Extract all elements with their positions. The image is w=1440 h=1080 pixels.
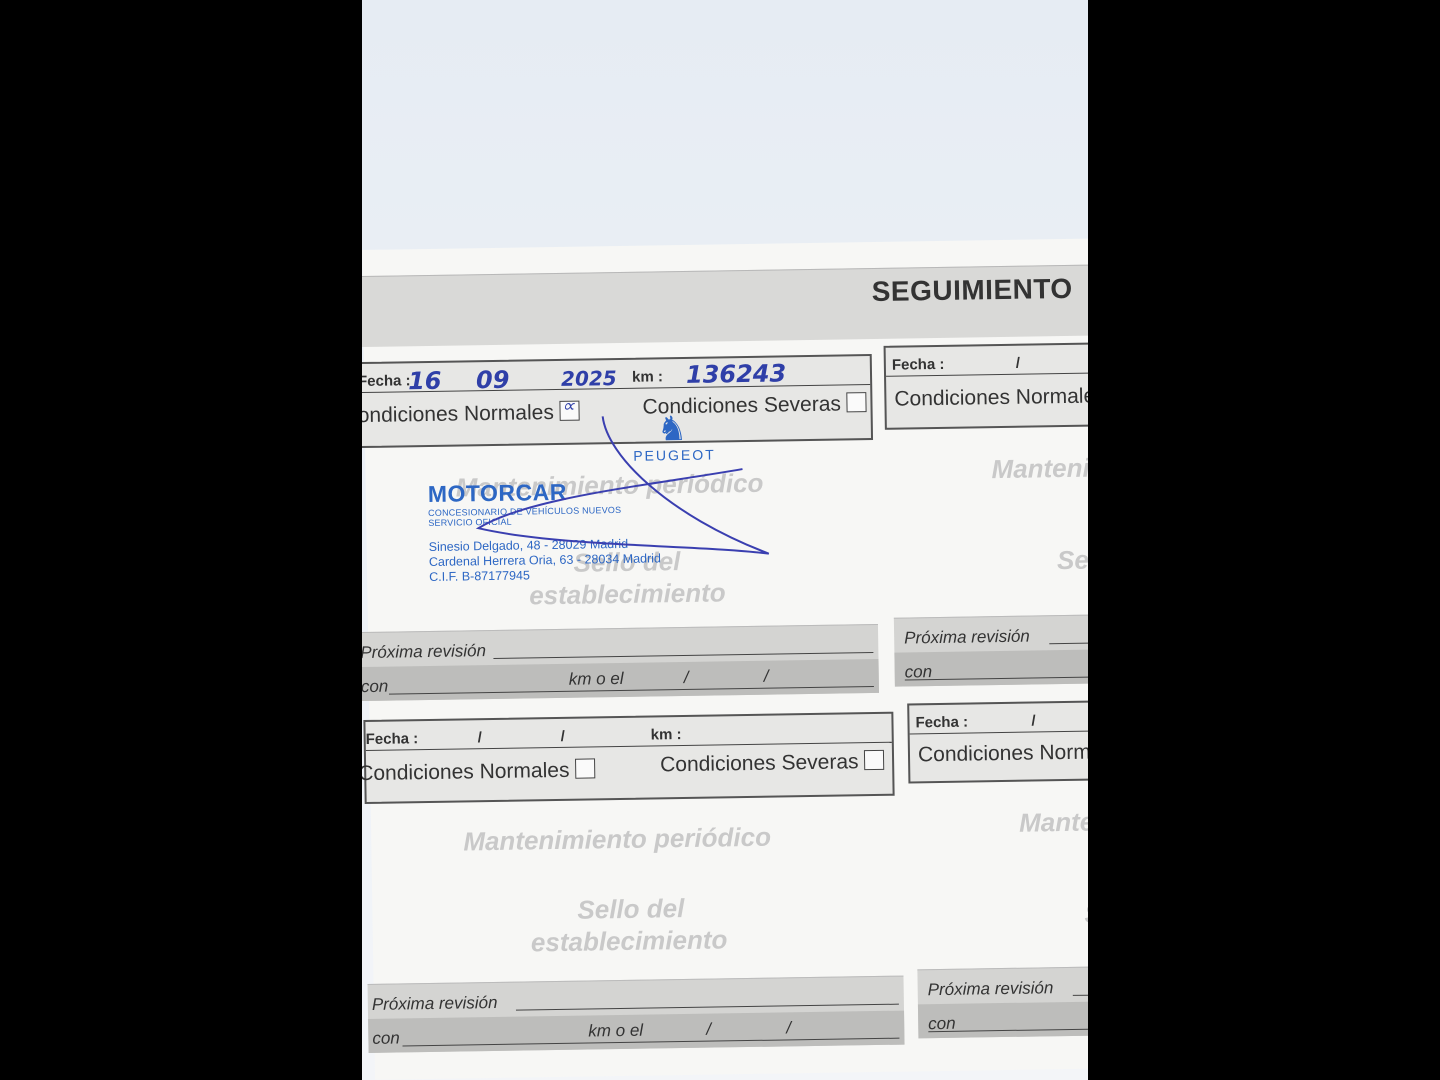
placeholder-seal-2: establecimiento [531, 924, 728, 958]
next-revision-label: Próxima revisión [362, 641, 486, 663]
normales-checkbox[interactable] [575, 758, 595, 778]
km-label: km : [651, 726, 682, 743]
maintenance-sheet: SEGUIMIENTO Fecha : 16 09 2025 km : 1362… [362, 239, 1088, 1080]
fecha-label: Fecha : [366, 730, 419, 748]
placeholder-seal-1: Sello del [577, 893, 684, 926]
km-label: km : [632, 368, 663, 385]
placeholder-seal: Sello del establecimiento [1057, 540, 1088, 576]
fecha-label: Fecha : [892, 356, 945, 374]
km-field[interactable] [389, 686, 874, 695]
next-revision-3: Próxima revisión conkm o el// [368, 976, 905, 1053]
placeholder-title: Mantenimiento periódico [991, 449, 1088, 485]
fecha-day: 16 [408, 367, 442, 396]
con-label: con [362, 677, 388, 697]
severas-option[interactable]: Condiciones Severas [660, 750, 885, 778]
dealer-stamp: ♞ PEUGEOT MOTORCAR CONCESIONARIO DE VEHÍ… [427, 465, 661, 585]
next-revision-1: Próxima revisión conkm o el// [362, 624, 879, 701]
severas-checkbox[interactable] [847, 392, 867, 412]
placeholder-title: Mantenimiento periódico [463, 822, 771, 858]
normales-option[interactable]: Condiciones Normales [894, 384, 1088, 411]
next-revision-2: Próxima revisión con [894, 614, 1088, 686]
fecha-year: 2025 [561, 366, 617, 391]
km-o-el-label: km o el [569, 669, 624, 690]
entry-4-card: Fecha :/ Condiciones Normales [907, 700, 1088, 783]
entry-2-card: Fecha :/ Condiciones Normales [884, 342, 1088, 429]
signature-scribble [417, 413, 799, 579]
next-revision-4: Próxima revisión con [917, 966, 1088, 1038]
fecha-row: Fecha : 16 09 2025 km : 136243 [362, 362, 870, 393]
scanned-page: SEGUIMIENTO Fecha : 16 09 2025 km : 1362… [362, 0, 1088, 1080]
page-title: SEGUIMIENTO [871, 273, 1072, 308]
normales-option[interactable]: Condiciones Normales [918, 740, 1088, 767]
fecha-label: Fecha : [362, 372, 411, 390]
severas-checkbox[interactable] [864, 750, 884, 770]
km-value: 136243 [686, 359, 787, 389]
fecha-month: 09 [476, 366, 510, 395]
placeholder-seal: Sello del establecimiento [1084, 894, 1088, 930]
normales-option[interactable]: Condiciones Normales [362, 758, 596, 786]
entry-3-card: Fecha : / / km : Condiciones Normales Co… [363, 712, 894, 804]
placeholder-title: Mantenimiento periódico [1019, 803, 1088, 839]
next-revision-field[interactable] [493, 652, 873, 659]
